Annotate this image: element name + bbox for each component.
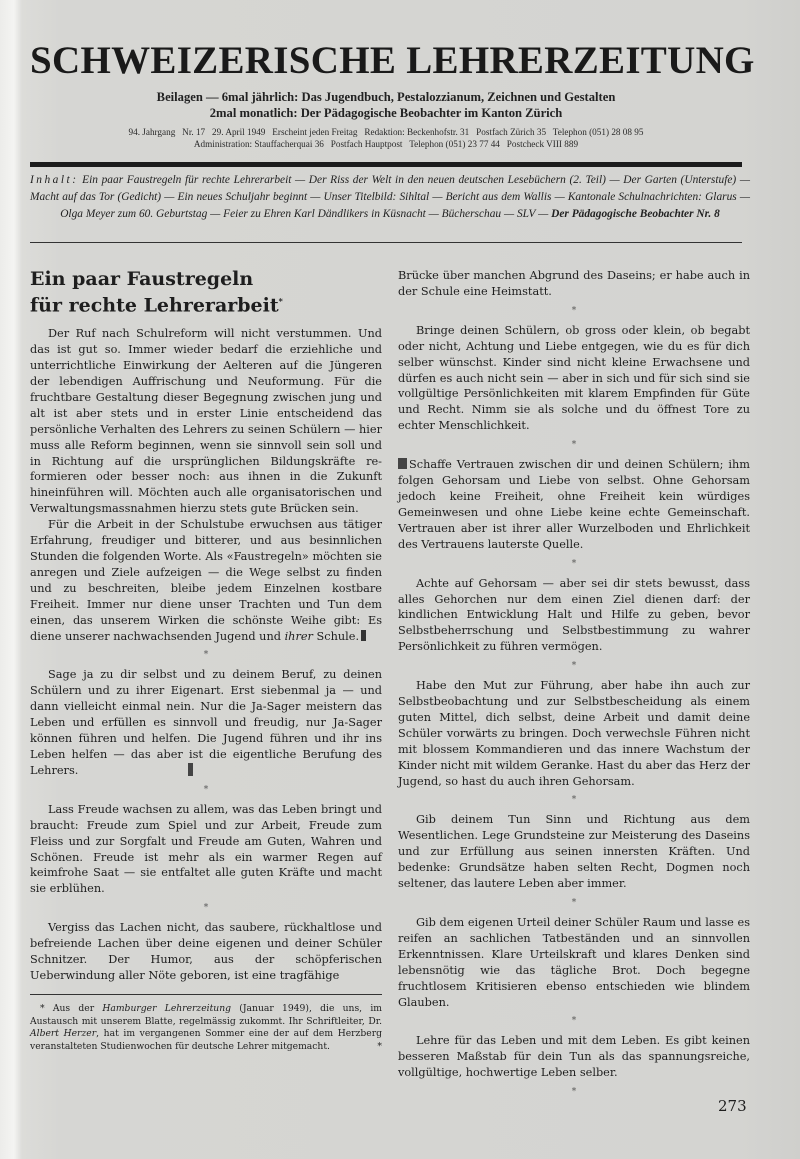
page-number: 273 [718, 1097, 747, 1115]
separator-asterisk: * [398, 792, 750, 808]
publication-info-line-1: 94. Jahrgang Nr. 17 29. April 1949 Ersch… [30, 127, 742, 137]
headline-line-2: für rechte Lehrerarbeit [30, 294, 279, 316]
paragraph: Lass Freude wachsen zu allem, was das Le… [30, 802, 382, 897]
journal-name: Hamburger Lehrerzeitung [102, 1003, 231, 1014]
footnote-divider [30, 994, 382, 995]
separator-asterisk: * [398, 895, 750, 911]
thick-divider [30, 162, 742, 167]
print-mark-icon [398, 458, 407, 469]
separator-asterisk: * [398, 303, 750, 319]
paragraph: Habe den Mut zur Führung, aber habe ihn … [398, 678, 750, 789]
right-column: Brücke über manchen Abgrund des Daseins;… [398, 268, 750, 1104]
separator-asterisk: * [398, 437, 750, 453]
paragraph: Achte auf Gehorsam — aber sei dir stets … [398, 576, 750, 656]
footnote-end-marker: * [367, 1041, 382, 1054]
paragraph: Schaffe Vertrauen zwischen dir und deine… [398, 457, 750, 552]
table-of-contents: Inhalt: Ein paar Faustregeln für rechte … [30, 172, 750, 222]
paragraph: Lehre für das Leben und mit dem Leben. E… [398, 1033, 750, 1081]
paragraph: Für die Arbeit in der Schulstube erwuchs… [30, 517, 382, 644]
footnote-marker: * [279, 296, 283, 306]
print-mark-icon [361, 630, 366, 641]
separator-asterisk: * [30, 647, 382, 663]
paragraph: Der Ruf nach Schulreform will nicht vers… [30, 326, 382, 517]
footnote: * Aus der Hamburger Lehrerzeitung (Janua… [30, 1003, 382, 1054]
paragraph: Gib deinem Tun Sinn und Richtung aus dem… [398, 812, 750, 892]
article-headline: Ein paar Faustregeln für rechte Lehrerar… [30, 268, 382, 316]
paragraph: Gib dem eigenen Urteil deiner Schüler Ra… [398, 915, 750, 1010]
paragraph: Sage ja zu dir selbst und zu deinem Beru… [30, 667, 382, 778]
separator-asterisk: * [30, 782, 382, 798]
separator-asterisk: * [30, 900, 382, 916]
print-mark-icon [188, 763, 193, 776]
newspaper-page: SCHWEIZERISCHE LEHRERZEITUNG Beilagen — … [0, 0, 800, 1159]
editor-name: Albert Herzer [30, 1028, 96, 1039]
supplements-line-1: Beilagen — 6mal jährlich: Das Jugendbuch… [30, 90, 742, 105]
paragraph: Vergiss das Lachen nicht, das saubere, r… [30, 920, 382, 984]
separator-asterisk: * [398, 556, 750, 572]
publication-info-line-2: Administration: Stauffacherquai 36 Postf… [30, 139, 742, 149]
supplements-line-2: 2mal monatlich: Der Pädagogische Beobach… [30, 106, 742, 121]
headline-line-1: Ein paar Faustregeln [30, 268, 253, 290]
paragraph: Brücke über manchen Abgrund des Daseins;… [398, 268, 750, 300]
contents-bold-tail: Der Pädagogische Beobachter Nr. 8 [551, 208, 720, 220]
masthead-title: SCHWEIZERISCHE LEHRERZEITUNG [30, 38, 742, 84]
contents-label: Inhalt: [30, 174, 79, 186]
separator-asterisk: * [398, 1084, 750, 1100]
left-column: Ein paar Faustregeln für rechte Lehrerar… [30, 268, 382, 1054]
separator-asterisk: * [398, 658, 750, 674]
italic-word: ihrer [285, 630, 313, 643]
thin-divider [30, 242, 742, 243]
separator-asterisk: * [398, 1013, 750, 1029]
paragraph: Bringe deinen Schülern, ob gross oder kl… [398, 323, 750, 434]
